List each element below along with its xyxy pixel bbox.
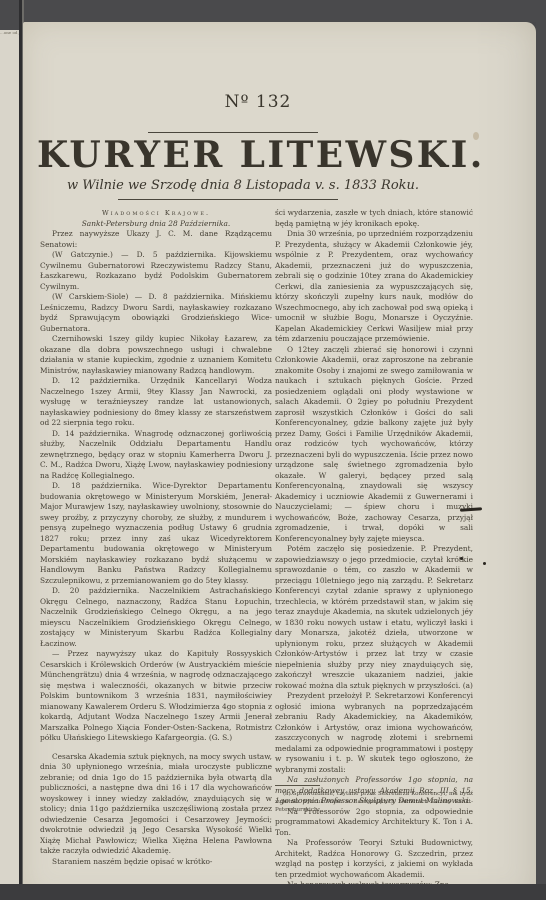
masthead-rule-bottom — [118, 199, 338, 200]
masthead-rule-top — [148, 132, 318, 133]
article-paragraph: Przez naywyższe Ukazy J. C. M. dane Rząd… — [40, 229, 272, 250]
dateline-place: Sankt-Petersburg dnia 28 Października. — [40, 219, 272, 230]
article-paragraph: D. 12 października. Urzędnik Kancellaryi… — [40, 376, 272, 429]
section-heading: Wiadomości Krajowe. — [40, 208, 272, 219]
right-column: ści wydarzenia, zaszłe w tych dniach, kt… — [275, 208, 473, 891]
article-paragraph: (W Gatczynie.) — D. 5 października. Kijo… — [40, 250, 272, 292]
article-paragraph: Dnia 30 września, po uprzedniém rozporzą… — [275, 229, 473, 345]
scan-background-bottom — [0, 884, 546, 900]
adjacent-page-edge: ...one od / ...i kn. / ...ryca / ...pisa… — [0, 30, 19, 900]
left-column: Wiadomości Krajowe. Sankt-Petersburg dni… — [40, 208, 272, 867]
footnote: (a) Sprawozdanie, czytane przez Sekretar… — [275, 790, 473, 814]
footnote-rule — [275, 785, 320, 786]
paper-stain — [473, 132, 479, 140]
newspaper-title: KURYER LITEWSKI. — [37, 134, 437, 176]
article-paragraph: Cesarska Akademia sztuk pięknych, na moc… — [40, 752, 272, 857]
issue-number: Nº 132 — [188, 92, 328, 112]
article-paragraph: D. 14 października. Wnagrodę odznaczonej… — [40, 429, 272, 482]
footnote-text: (a) Sprawozdanie, czytane przez Sekretar… — [275, 790, 473, 814]
adjacent-page-text: ...one od / ...i kn. / ...ryca / ...pisa… — [0, 30, 19, 36]
ink-dot — [460, 557, 463, 560]
article-paragraph: D. 18 października. Wice-Dyrektor Depart… — [40, 481, 272, 586]
ink-dot — [483, 562, 486, 565]
newspaper-page: Nº 132 KURYER LITEWSKI. w Wilnie we Srzo… — [23, 22, 536, 900]
article-paragraph: O 12tey zaczęli zbierać się honorowi i c… — [275, 345, 473, 545]
article-paragraph: D. 20 października. Naczelnikiem Astrach… — [40, 586, 272, 649]
article-paragraph: ści wydarzenia, zaszłe w tych dniach, kt… — [275, 208, 473, 229]
article-paragraph: Potém zaczęło się posiedzenie. P. Prezyd… — [275, 544, 473, 691]
article-paragraph: Prezydent przełożył P. Sekretarzowi Konf… — [275, 691, 473, 775]
article-paragraph: Na Professorów Teoryi Sztuki Budownictwy… — [275, 838, 473, 880]
dateline: w Wilnie we Srzodę dnia 8 Listopada v. s… — [63, 178, 423, 193]
article-paragraph: Czernihowski 1szey gildy kupiec Nikołay … — [40, 334, 272, 376]
article-paragraph: Staraniem naszém będzie opisać w krótko- — [40, 857, 272, 868]
article-paragraph: — Przez naywyższy ukaz do Kapituły Rossy… — [40, 649, 272, 744]
article-paragraph: (W Carskiem-Siole) — D. 8 października. … — [40, 292, 272, 334]
